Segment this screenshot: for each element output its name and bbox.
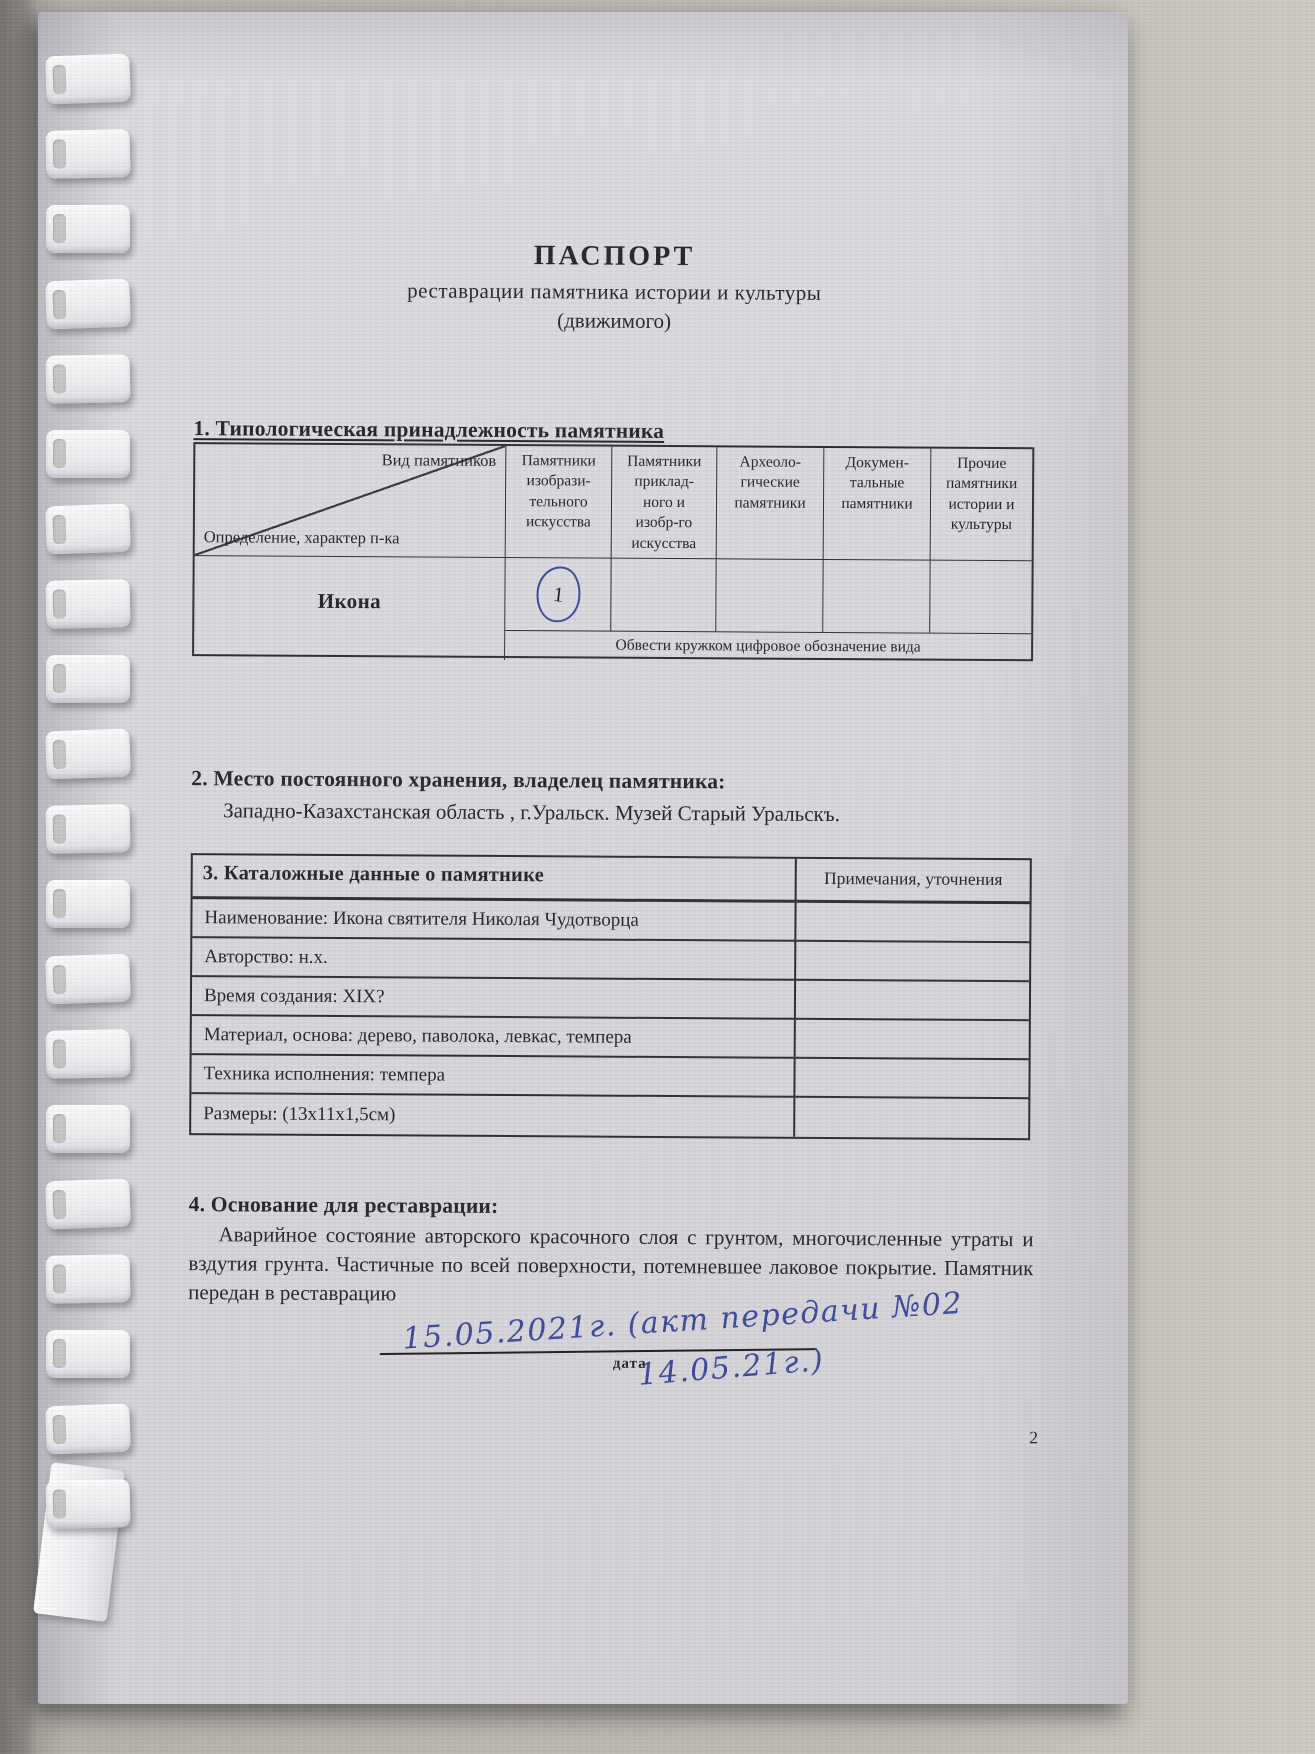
catalog-row: Авторство: н.х. [192, 938, 796, 981]
corner-label-top: Вид памятников [382, 450, 497, 471]
binding-tooth [46, 1029, 131, 1078]
typology-col-header-documentary: Докумен- тальные памятники [824, 448, 932, 561]
typology-corner-cell: Вид памятников Определение, характер п-к… [195, 444, 507, 558]
section4-heading: 4. Основание для реставрации: [189, 1192, 499, 1219]
binding-tooth [45, 279, 131, 330]
section1-heading: 1. Типологическая принадлежность памятни… [193, 416, 664, 444]
catalog-row: Время создания: XIX? [192, 977, 796, 1020]
binding-tooth [46, 1479, 131, 1528]
binding-tooth [45, 504, 131, 555]
binding-tooth [45, 1179, 131, 1230]
catalog-row-dimensions: Размеры: (13х11х1,5см) [191, 1094, 793, 1137]
storage-location-text: Западно-Казахстанская область , г.Уральс… [223, 798, 1053, 828]
catalog-row: Техника исполнения: темпера [191, 1055, 795, 1098]
catalog-notes-cell [796, 981, 1029, 1021]
catalog-notes-cell [796, 1020, 1029, 1060]
catalog-notes-cell [795, 1059, 1028, 1099]
notes-column-header: Примечания, уточнения [797, 859, 1030, 904]
corner-label-bottom: Определение, характер п-ка [204, 527, 400, 548]
typology-empty-cell [930, 561, 1031, 634]
binding-tooth [46, 354, 131, 403]
binding-tooth [45, 54, 131, 105]
comb-binding [0, 0, 150, 1754]
binding-tooth [46, 655, 130, 703]
catalog-notes-cell [795, 1098, 1028, 1138]
binding-tooth [46, 1254, 131, 1303]
catalog-notes-cell [796, 942, 1029, 982]
catalog-table-title: 3. Каталожные данные о памятнике [193, 855, 797, 903]
binding-tooth [46, 579, 131, 628]
document-title: ПАСПОРТ [194, 238, 1034, 275]
handwritten-date-line2: 14.05.21г.) [637, 1334, 939, 1393]
binding-tooth [46, 880, 130, 928]
binding-tooth [46, 1105, 130, 1153]
typology-table: Вид памятников Определение, характер п-к… [192, 442, 1034, 661]
catalog-row: Наименование: Икона святителя Николая Чу… [192, 899, 796, 942]
catalog-table: 3. Каталожные данные о памятнике Примеча… [189, 853, 1032, 1140]
catalog-row-author: Авторство: н.х. [192, 938, 794, 979]
typology-empty-cell [716, 559, 823, 632]
document-page: ПАСПОРТ реставрации памятника истории и … [38, 12, 1128, 1704]
page-number: 2 [1029, 1427, 1038, 1448]
typology-empty-cell [611, 559, 716, 632]
binding-tooth [46, 129, 131, 178]
catalog-row: Размеры: (13х11х1,5см) [191, 1094, 795, 1137]
hand-drawn-circle: 1 [533, 564, 583, 625]
typology-col-header-fine-art: Памятники изобрази- тельного искусства [506, 446, 613, 559]
binding-tooth [46, 804, 131, 853]
catalog-row-material: Материал, основа: дерево, паволока, левк… [192, 1016, 794, 1057]
binding-tooth [46, 205, 130, 253]
catalog-row-technique: Техника исполнения: темпера [191, 1055, 793, 1096]
typology-col-header-applied-art: Памятники приклад- ного и изобр-го искус… [612, 447, 718, 560]
monument-type-label: Икона [194, 556, 506, 660]
binding-tooth [46, 1330, 130, 1378]
section2-heading: 2. Место постоянного хранения, владелец … [191, 766, 725, 794]
title-block: ПАСПОРТ реставрации памятника истории и … [194, 238, 1035, 336]
typology-col-header-archaeological: Археоло- гические памятники [717, 447, 825, 560]
typology-empty-cell [823, 560, 930, 633]
catalog-row: Материал, основа: дерево, паволока, левк… [192, 1016, 796, 1059]
binding-tooth [45, 729, 131, 780]
typology-footer-note: Обвести кружком цифровое обозначение вид… [505, 630, 1031, 663]
catalog-row-name: Наименование: Икона святителя Николая Чу… [192, 899, 794, 940]
typology-col-header-other: Прочие памятники истории и культуры [931, 449, 1033, 562]
typology-value-cell: 1 [505, 558, 611, 631]
document-subtitle: реставрации памятника истории и культуры [194, 277, 1034, 307]
document-subtitle-2: (движимого) [194, 306, 1034, 336]
page-content: ПАСПОРТ реставрации памятника истории и … [28, 11, 1128, 1710]
catalog-row-date: Время создания: XIX? [192, 977, 794, 1018]
binding-tooth [46, 430, 130, 478]
binding-tooth [45, 1404, 131, 1455]
catalog-notes-cell [796, 903, 1029, 943]
binding-tooth [45, 954, 131, 1005]
